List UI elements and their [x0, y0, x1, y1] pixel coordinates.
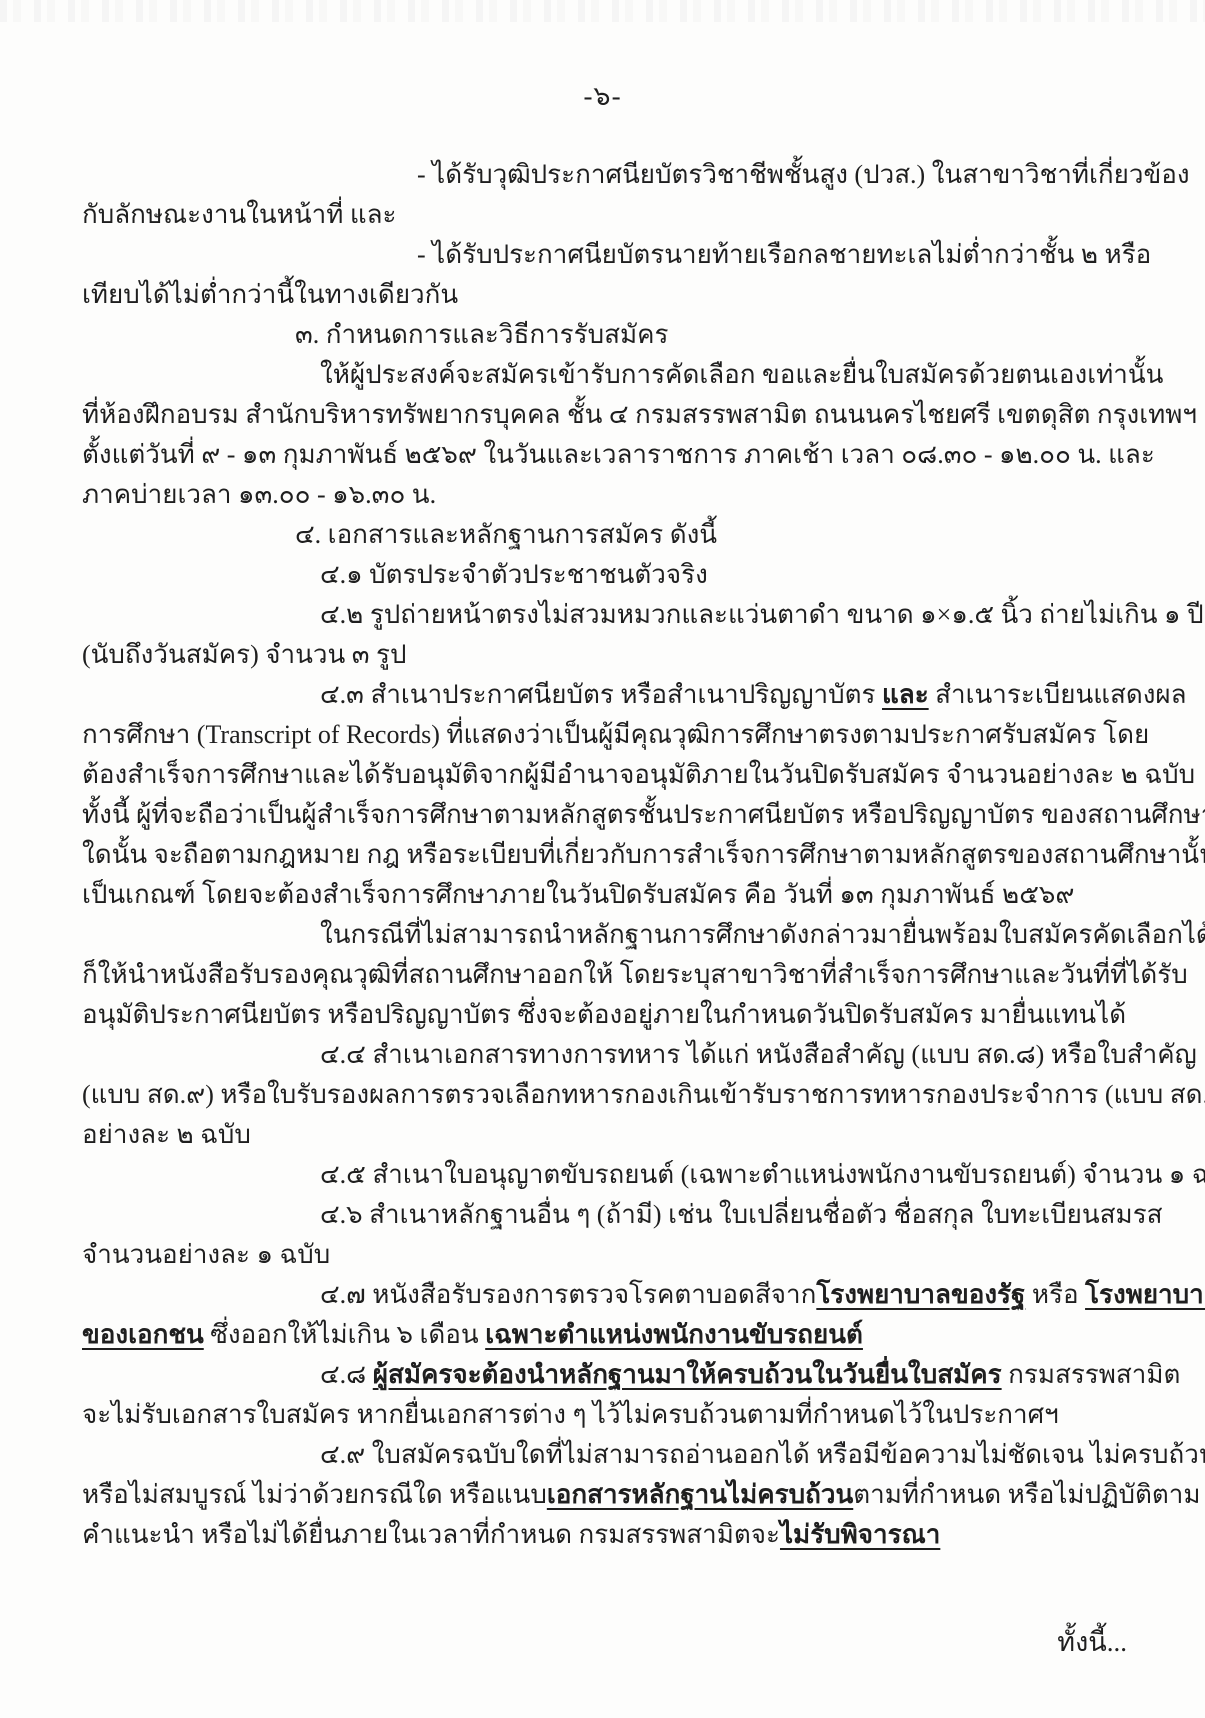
document-body: - ได้รับวุฒิประกาศนียบัตรวิชาชีพชั้นสูง …: [82, 155, 1128, 1555]
text-line: - ได้รับประกาศนียบัตรนายท้ายเรือกลชายทะเ…: [82, 235, 1128, 275]
page-number: -๖-: [0, 74, 1205, 117]
text-segment: (แบบ สด.๙) หรือใบรับรองผลการตรวจเลือกทหา…: [82, 1080, 1205, 1109]
emphasized-text: ผู้สมัครจะต้องนำหลักฐานมาให้ครบถ้วนในวัน…: [373, 1360, 1002, 1389]
text-line: ในกรณีที่ไม่สามารถนำหลักฐานการศึกษาดังกล…: [82, 915, 1128, 955]
text-segment: อนุมัติประกาศนียบัตร หรือปริญญาบัตร ซึ่ง…: [82, 1000, 1126, 1029]
text-segment: ที่ห้องฝึกอบรม สำนักบริหารทรัพยากรบุคคล …: [82, 400, 1197, 429]
text-segment: ใดนั้น จะถือตามกฎหมาย กฎ หรือระเบียบที่เ…: [82, 840, 1205, 869]
text-segment: ก็ให้นำหนังสือรับรองคุณวุฒิที่สถานศึกษาอ…: [82, 960, 1188, 989]
text-line: ๔.๓ สำเนาประกาศนียบัตร หรือสำเนาปริญญาบั…: [82, 675, 1128, 715]
text-line: เป็นเกณฑ์ โดยจะต้องสำเร็จการศึกษาภายในวั…: [82, 875, 1128, 915]
text-line: ที่ห้องฝึกอบรม สำนักบริหารทรัพยากรบุคคล …: [82, 395, 1128, 435]
text-segment: ๔.๙ ใบสมัครฉบับใดที่ไม่สามารถอ่านออกได้ …: [320, 1440, 1205, 1469]
text-segment: ๔. เอกสารและหลักฐานการสมัคร ดังนี้: [295, 520, 717, 549]
text-segment: ตามที่กำหนด หรือไม่ปฏิบัติตาม: [853, 1480, 1200, 1509]
text-line: ๓. กำหนดการและวิธีการรับสมัคร: [82, 315, 1128, 355]
text-segment: ๔.๖ สำเนาหลักฐานอื่น ๆ (ถ้ามี) เช่น ใบเป…: [320, 1200, 1163, 1229]
text-line: กับลักษณะงานในหน้าที่ และ: [82, 195, 1128, 235]
text-segment: การศึกษา (Transcript of Records) ที่แสดง…: [82, 720, 1149, 749]
text-segment: ทั้งนี้ ผู้ที่จะถือว่าเป็นผู้สำเร็จการศึ…: [82, 800, 1205, 829]
text-line: ก็ให้นำหนังสือรับรองคุณวุฒิที่สถานศึกษาอ…: [82, 955, 1128, 995]
continuation-marker: ทั้งนี้...: [1057, 1622, 1127, 1662]
text-line: ภาคบ่ายเวลา ๑๓.๐๐ - ๑๖.๓๐ น.: [82, 475, 1128, 515]
text-segment: - ได้รับวุฒิประกาศนียบัตรวิชาชีพชั้นสูง …: [417, 160, 1190, 189]
text-line: เทียบได้ไม่ต่ำกว่านี้ในทางเดียวกัน: [82, 275, 1128, 315]
emphasized-text: ไม่รับพิจารณา: [780, 1520, 940, 1549]
text-segment: ๔.๑ บัตรประจำตัวประชาชนตัวจริง: [320, 560, 708, 589]
text-segment: (นับถึงวันสมัคร) จำนวน ๓ รูป: [82, 640, 407, 669]
text-segment: ๔.๓ สำเนาประกาศนียบัตร หรือสำเนาปริญญาบั…: [320, 680, 882, 709]
text-line: ๔.๗ หนังสือรับรองการตรวจโรคตาบอดสีจากโรง…: [82, 1275, 1128, 1315]
text-line: ต้องสำเร็จการศึกษาและได้รับอนุมัติจากผู้…: [82, 755, 1128, 795]
scanned-document-page: -๖- - ได้รับวุฒิประกาศนียบัตรวิชาชีพชั้น…: [0, 0, 1205, 1718]
text-segment: หรือไม่สมบูรณ์ ไม่ว่าด้วยกรณีใด หรือแนบ: [82, 1480, 547, 1509]
text-line: ๔.๔ สำเนาเอกสารทางการทหาร ได้แก่ หนังสือ…: [82, 1035, 1128, 1075]
emphasized-text: โรงพยาบาล: [1085, 1280, 1205, 1309]
emphasized-text: เอกสารหลักฐานไม่ครบถ้วน: [547, 1480, 853, 1509]
text-segment: เป็นเกณฑ์ โดยจะต้องสำเร็จการศึกษาภายในวั…: [82, 880, 1074, 909]
emphasized-text: โรงพยาบาลของรัฐ: [816, 1280, 1025, 1309]
text-segment: ต้องสำเร็จการศึกษาและได้รับอนุมัติจากผู้…: [82, 760, 1195, 789]
text-segment: เทียบได้ไม่ต่ำกว่านี้ในทางเดียวกัน: [82, 280, 458, 309]
text-line: ๔.๘ ผู้สมัครจะต้องนำหลักฐานมาให้ครบถ้วนใ…: [82, 1355, 1128, 1395]
text-segment: อย่างละ ๒ ฉบับ: [82, 1120, 251, 1149]
scan-noise-band: [0, 0, 1205, 22]
text-segment: ๓. กำหนดการและวิธีการรับสมัคร: [295, 320, 668, 349]
text-segment: ๔.๔ สำเนาเอกสารทางการทหาร ได้แก่ หนังสือ…: [320, 1040, 1197, 1069]
text-line: ๔.๒ รูปถ่ายหน้าตรงไม่สวมหมวกและแว่นตาดำ …: [82, 595, 1128, 635]
text-line: อนุมัติประกาศนียบัตร หรือปริญญาบัตร ซึ่ง…: [82, 995, 1128, 1035]
text-line: (แบบ สด.๙) หรือใบรับรองผลการตรวจเลือกทหา…: [82, 1075, 1128, 1115]
text-line: หรือไม่สมบูรณ์ ไม่ว่าด้วยกรณีใด หรือแนบเ…: [82, 1475, 1128, 1515]
text-line: ให้ผู้ประสงค์จะสมัครเข้ารับการคัดเลือก ข…: [82, 355, 1128, 395]
text-line: ตั้งแต่วันที่ ๙ - ๑๓ กุมภาพันธ์ ๒๕๖๙ ในว…: [82, 435, 1128, 475]
text-segment: กรมสรรพสามิต: [1002, 1360, 1181, 1389]
text-segment: ๔.๘: [320, 1360, 373, 1389]
text-segment: คำแนะนำ หรือไม่ได้ยื่นภายในเวลาที่กำหนด …: [82, 1520, 780, 1549]
text-segment: ให้ผู้ประสงค์จะสมัครเข้ารับการคัดเลือก ข…: [320, 360, 1163, 389]
text-segment: ๔.๕ สำเนาใบอนุญาตขับรถยนต์ (เฉพาะตำแหน่ง…: [320, 1160, 1205, 1189]
text-segment: จะไม่รับเอกสารใบสมัคร หากยื่นเอกสารต่าง …: [82, 1400, 1059, 1429]
text-line: (นับถึงวันสมัคร) จำนวน ๓ รูป: [82, 635, 1128, 675]
text-segment: ในกรณีที่ไม่สามารถนำหลักฐานการศึกษาดังกล…: [320, 920, 1205, 949]
text-segment: ๔.๒ รูปถ่ายหน้าตรงไม่สวมหมวกและแว่นตาดำ …: [320, 600, 1204, 629]
text-line: ทั้งนี้ ผู้ที่จะถือว่าเป็นผู้สำเร็จการศึ…: [82, 795, 1128, 835]
text-line: ของเอกชน ซึ่งออกให้ไม่เกิน ๖ เดือน เฉพาะ…: [82, 1315, 1128, 1355]
text-segment: ซึ่งออกให้ไม่เกิน ๖ เดือน: [204, 1320, 485, 1349]
text-line: อย่างละ ๒ ฉบับ: [82, 1115, 1128, 1155]
text-line: การศึกษา (Transcript of Records) ที่แสดง…: [82, 715, 1128, 755]
text-line: - ได้รับวุฒิประกาศนียบัตรวิชาชีพชั้นสูง …: [82, 155, 1128, 195]
text-line: ๔.๑ บัตรประจำตัวประชาชนตัวจริง: [82, 555, 1128, 595]
text-segment: สำเนาระเบียนแสดงผล: [929, 680, 1187, 709]
emphasized-text: ของเอกชน: [82, 1320, 204, 1349]
emphasized-text: และ: [882, 680, 929, 709]
text-line: จำนวนอย่างละ ๑ ฉบับ: [82, 1235, 1128, 1275]
text-line: คำแนะนำ หรือไม่ได้ยื่นภายในเวลาที่กำหนด …: [82, 1515, 1128, 1555]
text-segment: จำนวนอย่างละ ๑ ฉบับ: [82, 1240, 330, 1269]
text-segment: ๔.๗ หนังสือรับรองการตรวจโรคตาบอดสีจาก: [320, 1280, 816, 1309]
text-line: จะไม่รับเอกสารใบสมัคร หากยื่นเอกสารต่าง …: [82, 1395, 1128, 1435]
text-line: ๔. เอกสารและหลักฐานการสมัคร ดังนี้: [82, 515, 1128, 555]
text-line: ๔.๕ สำเนาใบอนุญาตขับรถยนต์ (เฉพาะตำแหน่ง…: [82, 1155, 1128, 1195]
text-segment: หรือ: [1025, 1280, 1085, 1309]
text-segment: - ได้รับประกาศนียบัตรนายท้ายเรือกลชายทะเ…: [417, 240, 1151, 269]
text-segment: ภาคบ่ายเวลา ๑๓.๐๐ - ๑๖.๓๐ น.: [82, 480, 436, 509]
emphasized-text: เฉพาะตำแหน่งพนักงานขับรถยนต์: [485, 1320, 863, 1349]
text-segment: กับลักษณะงานในหน้าที่ และ: [82, 200, 397, 229]
text-line: ๔.๖ สำเนาหลักฐานอื่น ๆ (ถ้ามี) เช่น ใบเป…: [82, 1195, 1128, 1235]
text-line: ใดนั้น จะถือตามกฎหมาย กฎ หรือระเบียบที่เ…: [82, 835, 1128, 875]
text-segment: ตั้งแต่วันที่ ๙ - ๑๓ กุมภาพันธ์ ๒๕๖๙ ในว…: [82, 440, 1155, 469]
text-line: ๔.๙ ใบสมัครฉบับใดที่ไม่สามารถอ่านออกได้ …: [82, 1435, 1128, 1475]
